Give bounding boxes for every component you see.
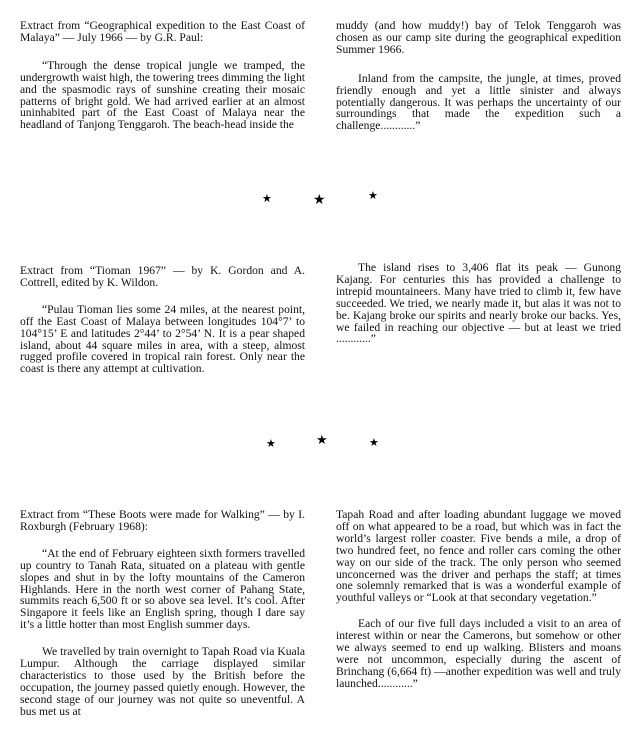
paragraph: “At the end of February eighteen sixth f… xyxy=(20,548,305,631)
star-icon: ★ xyxy=(266,438,276,449)
star-icon: ★ xyxy=(369,437,379,448)
paragraph: “Pulau Tioman lies some 24 miles, at the… xyxy=(20,304,305,375)
extract-heading: Extract from “Geographical expedition to… xyxy=(20,20,305,44)
paragraph: The island rises to 3,406 flat its peak … xyxy=(336,262,621,345)
right-column: Tapah Road and after loading abundant lu… xyxy=(336,509,621,690)
right-column: muddy (and how muddy!) bay of Telok Teng… xyxy=(336,20,621,132)
star-icon: ★ xyxy=(316,434,328,447)
star-divider: ★ ★ ★ xyxy=(0,433,640,453)
paragraph-continued: Tapah Road and after loading abundant lu… xyxy=(336,509,621,604)
left-column: Extract from “Tioman 1967” — by K. Gordo… xyxy=(20,265,305,375)
extract-heading: Extract from “These Boots were made for … xyxy=(20,509,305,533)
star-divider: ★ ★ ★ xyxy=(0,190,640,210)
paragraph: We travelled by train overnight to Tapah… xyxy=(20,646,305,717)
left-column: Extract from “These Boots were made for … xyxy=(20,509,305,718)
paragraph: “Through the dense tropical jungle we tr… xyxy=(20,60,305,131)
paragraph-continued: muddy (and how muddy!) bay of Telok Teng… xyxy=(336,20,621,56)
star-icon: ★ xyxy=(262,193,272,204)
paragraph: Each of our five full days included a vi… xyxy=(336,618,621,689)
paragraph: Inland from the campsite, the jungle, at… xyxy=(336,73,621,133)
left-column: Extract from “Geographical expedition to… xyxy=(20,20,305,131)
star-icon: ★ xyxy=(313,193,326,207)
extract-heading: Extract from “Tioman 1967” — by K. Gordo… xyxy=(20,265,305,289)
right-column: The island rises to 3,406 flat its peak … xyxy=(336,262,621,345)
star-icon: ★ xyxy=(368,190,378,201)
